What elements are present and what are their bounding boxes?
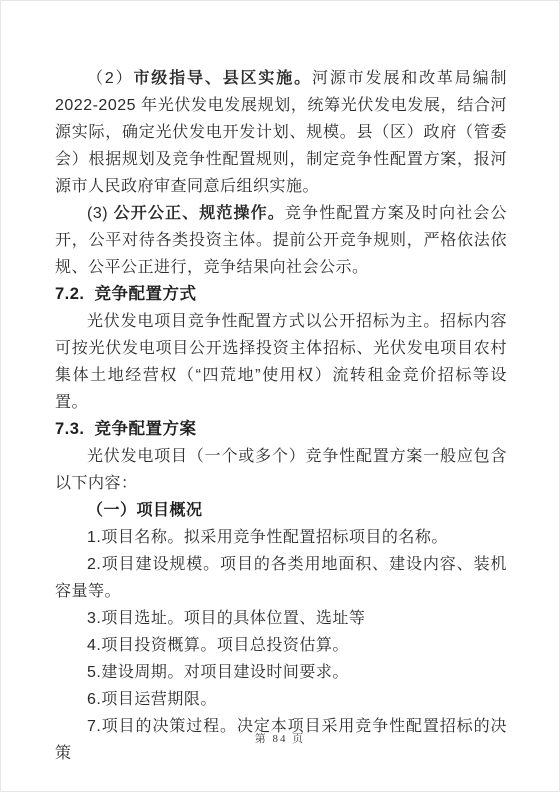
paragraph-item-3-number: (3): [87, 205, 114, 222]
list-item-1: 1.项目名称。拟采用竞争性配置招标项目的名称。: [55, 524, 507, 551]
list-item-2: 2.项目建设规模。项目的各类用地面积、建设内容、装机容量等。: [55, 551, 507, 605]
document-page: （2）市级指导、县区实施。河源市发展和改革局编制2022-2025 年光伏发电发…: [0, 0, 560, 792]
paragraph-item-2-body: 河源市发展和改革局编制2022-2025 年光伏发电发展规划，统筹光伏发电发展，…: [55, 70, 507, 195]
section-heading-7-3-title: 竞争配置方案: [95, 420, 197, 438]
paragraph-item-2-lead: 市级指导、县区实施。: [133, 70, 312, 87]
section-heading-7-3: 7.3.竞争配置方案: [55, 416, 507, 443]
list-item-3: 3.项目选址。项目的具体位置、选址等: [55, 605, 507, 632]
section-heading-7-2-number: 7.2.: [55, 285, 85, 303]
subheading-project-overview: （一）项目概况: [55, 497, 507, 524]
section-heading-7-2-title: 竞争配置方式: [95, 285, 197, 303]
list-item-6: 6.项目运营期限。: [55, 686, 507, 713]
list-item-4: 4.项目投资概算。项目总投资估算。: [55, 632, 507, 659]
document-content: （2）市级指导、县区实施。河源市发展和改革局编制2022-2025 年光伏发电发…: [55, 65, 507, 767]
paragraph-section-7-3: 光伏发电项目（一个或多个）竞争性配置方案一般应包含以下内容：: [55, 443, 507, 497]
section-heading-7-3-number: 7.3.: [55, 420, 85, 438]
list-item-5: 5.建设周期。对项目建设时间要求。: [55, 659, 507, 686]
page-number-footer: 第 84 页: [1, 730, 559, 746]
paragraph-item-3-lead: 公开公正、规范操作。: [114, 205, 285, 222]
paragraph-item-2: （2）市级指导、县区实施。河源市发展和改革局编制2022-2025 年光伏发电发…: [55, 65, 507, 200]
paragraph-section-7-2: 光伏发电项目竞争性配置方式以公开招标为主。招标内容可按光伏发电项目公开选择投资主…: [55, 308, 507, 416]
paragraph-item-2-number: （2）: [87, 70, 133, 87]
paragraph-item-3: (3) 公开公正、规范操作。竞争性配置方案及时向社会公开，公平对待各类投资主体。…: [55, 200, 507, 281]
section-heading-7-2: 7.2.竞争配置方式: [55, 281, 507, 308]
